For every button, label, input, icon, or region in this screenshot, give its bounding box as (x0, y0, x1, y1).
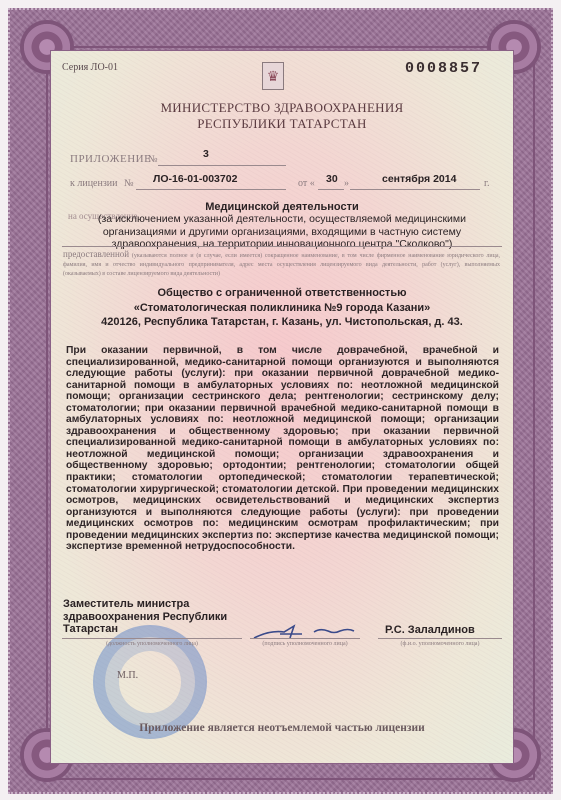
provided-hint-text: (указываются полное и (в случае, если им… (63, 253, 500, 277)
name-caption: (ф.и.о. уполномоченного лица) (378, 641, 502, 647)
signer-position-line-2: здравоохранения Республики (63, 611, 227, 624)
appendix-number: 3 (203, 148, 209, 160)
year-suffix: г. (484, 178, 489, 189)
signer-position: Заместитель министра здравоохранения Рес… (63, 598, 227, 636)
activity-line (62, 246, 502, 247)
date-day: 30 (326, 173, 338, 185)
organization-type: Общество с ограниченной ответственностью (62, 286, 502, 301)
services-description: При оказании первичной, в том числе довр… (66, 345, 499, 553)
appendix-label: ПРИЛОЖЕНИЕ (70, 153, 151, 165)
organization-name: «Стоматологическая поликлиника №9 города… (62, 301, 502, 316)
organization-address: 420126, Республика Татарстан, г. Казань,… (62, 315, 502, 330)
position-caption: (должность уполномоченного лица) (62, 641, 242, 647)
name-line (378, 638, 502, 639)
date-month-year: сентября 2014 (382, 173, 456, 185)
organization-block: Общество с ограниченной ответственностью… (62, 286, 502, 330)
date-quote-close: » (344, 178, 349, 189)
position-line (62, 638, 242, 639)
signer-position-line-3: Татарстан (63, 623, 227, 636)
provided-label: предоставленной (63, 249, 129, 259)
date-month-line (350, 189, 480, 190)
activity-description: (за исключением указанной деятельности, … (62, 213, 502, 251)
ministry-title: МИНИСТЕРСТВО ЗДРАВООХРАНЕНИЯ РЕСПУБЛИКИ … (62, 100, 502, 132)
license-number: ЛО-16-01-003702 (153, 173, 237, 185)
ministry-line-1: МИНИСТЕРСТВО ЗДРАВООХРАНЕНИЯ (62, 100, 502, 116)
signer-position-line-1: Заместитель министра (63, 598, 227, 611)
signature-caption: (подпись уполномоченного лица) (250, 641, 360, 647)
appendix-number-line (158, 165, 286, 166)
provided-hint: предоставленной (указываются полное и (в… (63, 250, 500, 279)
appendix-number-sign: № (148, 154, 158, 165)
footer-note: Приложение является неотъемлемой частью … (62, 722, 502, 734)
signature-line (250, 638, 360, 639)
coat-of-arms-icon: ♛ (262, 62, 284, 90)
license-number-sign: № (124, 178, 134, 189)
license-number-line (136, 189, 286, 190)
date-from-label: от « (298, 178, 315, 189)
signer-name: Р.С. Залалдинов (385, 624, 475, 636)
date-day-line (318, 189, 344, 190)
form-number: 0008857 (405, 60, 482, 77)
stamp-place-label: М.П. (117, 670, 138, 681)
ministry-line-2: РЕСПУБЛИКИ ТАТАРСТАН (62, 116, 502, 132)
license-label: к лицензии (70, 178, 118, 189)
series-label: Серия ЛО-01 (62, 62, 118, 73)
